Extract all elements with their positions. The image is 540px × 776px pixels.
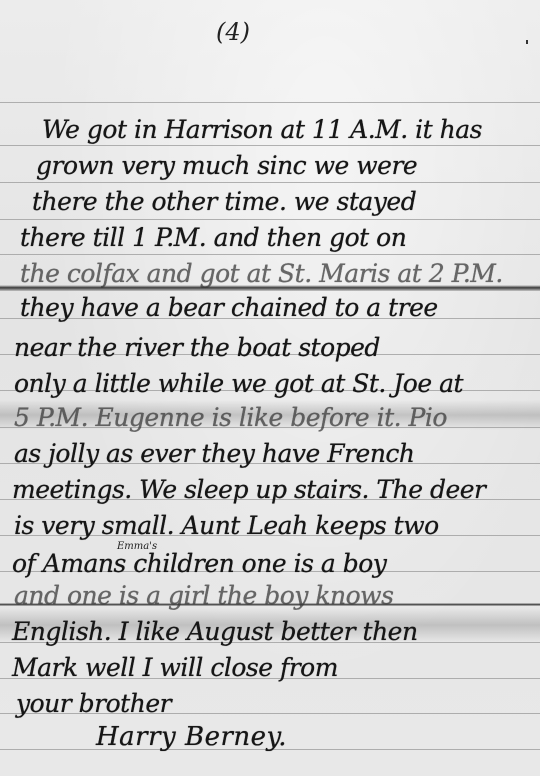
letter-line: near the river the boat stoped xyxy=(14,330,540,366)
letter-line: and one is a girl the boy knows xyxy=(14,578,540,614)
ruled-line xyxy=(0,102,540,103)
letter-line: of Amans children one is a boy xyxy=(12,546,540,582)
letter-line: is very small. Aunt Leah keeps two xyxy=(14,508,540,544)
letter-line: there till 1 P.M. and then got on xyxy=(20,220,540,256)
letter-line: there the other time. we stayed xyxy=(32,184,540,220)
letter-line: 5 P.M. Eugenne is like before it. Pio xyxy=(14,400,540,436)
letter-line: the colfax and got at St. Maris at 2 P.M… xyxy=(20,256,540,292)
letter-line: only a little while we got at St. Joe at xyxy=(14,366,540,402)
letter-line: your brother xyxy=(16,686,540,722)
letter-line: meetings. We sleep up stairs. The deer xyxy=(12,472,540,508)
page-number: (4) xyxy=(216,18,250,46)
signature: Harry Berney. xyxy=(96,722,287,752)
ink-speck xyxy=(526,40,528,44)
letter-line: English. I like August better then xyxy=(12,614,540,650)
letter-page: (4) We got in Harrison at 11 A.M. it has… xyxy=(0,0,540,776)
letter-line: they have a bear chained to a tree xyxy=(20,290,540,326)
letter-line: grown very much sinc we were xyxy=(36,148,540,184)
letter-line: as jolly as ever they have French xyxy=(14,436,540,472)
letter-line: Mark well I will close from xyxy=(12,650,540,686)
letter-line: We got in Harrison at 11 A.M. it has xyxy=(42,112,540,148)
